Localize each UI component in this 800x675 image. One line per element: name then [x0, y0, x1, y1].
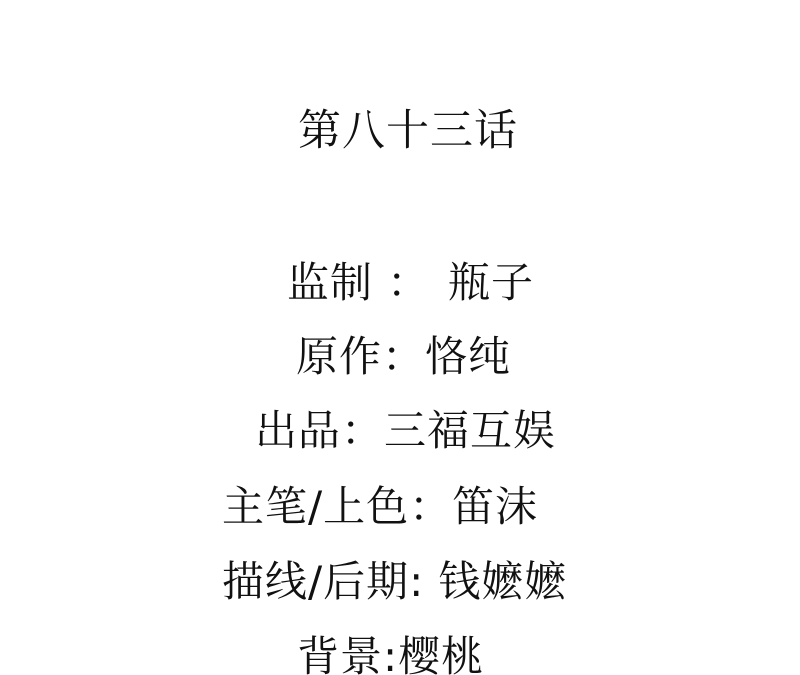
credit-role: 主笔/上色	[222, 482, 409, 531]
credit-name: 三福互娱	[384, 406, 556, 455]
credit-role: 描线/后期	[222, 557, 409, 606]
credit-original-author: 原作：恪纯	[296, 336, 511, 378]
credit-producer: 出品：三福互娱	[255, 410, 556, 452]
credit-name: 恪纯	[425, 332, 511, 381]
credit-lead-artist-colorist: 主笔/上色：笛沫	[222, 486, 538, 528]
credit-role: 监制	[287, 258, 373, 307]
credit-separator: ：	[409, 482, 452, 531]
credit-separator: ：	[373, 258, 448, 307]
credits-page: 第八十三话 监制：瓶子 原作：恪纯 出品：三福互娱 主笔/上色：笛沫 描线/后期…	[0, 0, 800, 675]
credit-name: 笛沫	[452, 482, 538, 531]
credit-background-artist: 背景:樱桃	[297, 636, 484, 675]
credit-lineart-postproduction: 描线/后期:钱嬷嬷	[222, 561, 567, 603]
credit-name: 樱桃	[398, 632, 484, 675]
credit-role: 出品	[255, 406, 341, 455]
credit-supervisor: 监制：瓶子	[287, 262, 534, 304]
credit-role: 原作	[296, 332, 382, 381]
credit-separator: ：	[382, 332, 425, 381]
credit-role: 背景	[297, 632, 383, 675]
chapter-title: 第八十三话	[298, 110, 518, 153]
credit-name: 瓶子	[448, 258, 534, 307]
credit-separator: ：	[341, 406, 384, 455]
credit-separator: :	[409, 557, 438, 606]
credit-separator: :	[383, 632, 398, 675]
credit-name: 钱嬷嬷	[438, 557, 567, 606]
